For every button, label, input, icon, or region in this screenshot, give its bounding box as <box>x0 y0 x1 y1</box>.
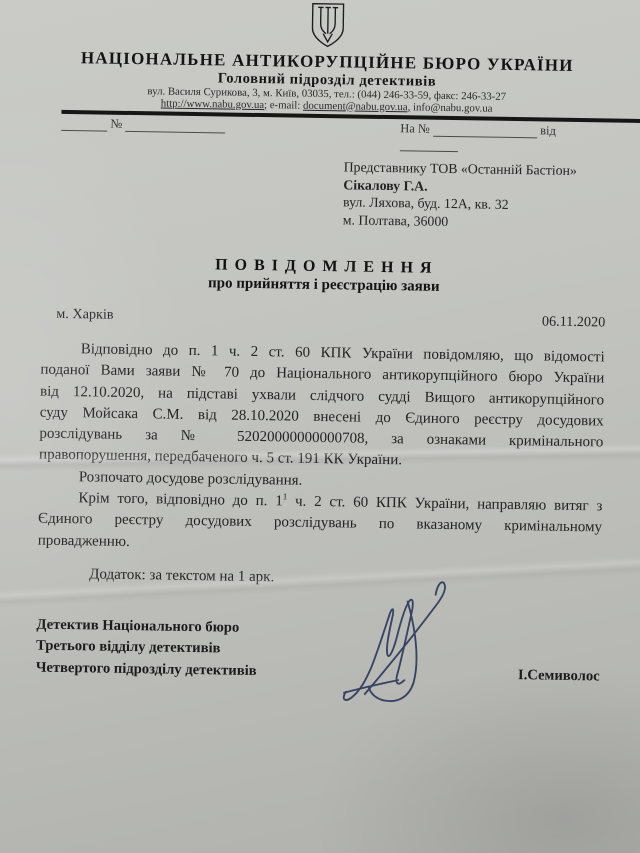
signature-block: Детектив Національного бюро Третього від… <box>36 615 601 688</box>
incoming-number-blank <box>433 124 537 139</box>
signer-position: Детектив Національного бюро Третього від… <box>36 615 258 683</box>
reply-label: На № <box>400 121 430 135</box>
recipient-block: Представнику ТОВ «Останній Бастіон» Сіка… <box>343 158 608 232</box>
incoming-date-blank <box>400 138 458 152</box>
handwritten-signature <box>333 567 465 722</box>
recipient-city: м. Полтава, 36000 <box>343 211 607 233</box>
org-email-secondary: info@nabu.gov.ua <box>413 101 493 114</box>
signer-name: І.Семиволос <box>518 665 600 688</box>
signer-position-line: Четвертого підрозділу детективів <box>36 658 257 683</box>
email-label: e-mail: <box>270 99 301 111</box>
scanned-letter-page: НАЦІОНАЛЬНЕ АНТИКОРУПЦІЙНЕ БЮРО УКРАЇНИ … <box>0 0 640 853</box>
org-email-primary: document@nabu.gov.ua, <box>303 99 410 113</box>
outgoing-date-blank <box>61 118 107 132</box>
outgoing-number-blank <box>125 119 225 134</box>
number-label: № <box>110 117 122 131</box>
incoming-number-field: На № від <box>400 121 608 154</box>
org-website: http://www.nabu.gov.ua; <box>161 97 267 111</box>
place-date-row: м. Харків 06.11.2020 <box>41 306 605 331</box>
emblem-container <box>46 0 611 55</box>
from-label: від <box>540 123 556 137</box>
date: 06.11.2020 <box>542 313 606 330</box>
outgoing-number-field: № <box>61 116 225 134</box>
body-text: Відповідно до п. 1 ч. 2 ст. 60 КПК Украї… <box>38 339 605 561</box>
place: м. Харків <box>56 306 113 323</box>
ukraine-trident-emblem-icon <box>307 36 347 54</box>
attachment-note: Додаток: за текстом на 1 арк. <box>37 564 601 594</box>
